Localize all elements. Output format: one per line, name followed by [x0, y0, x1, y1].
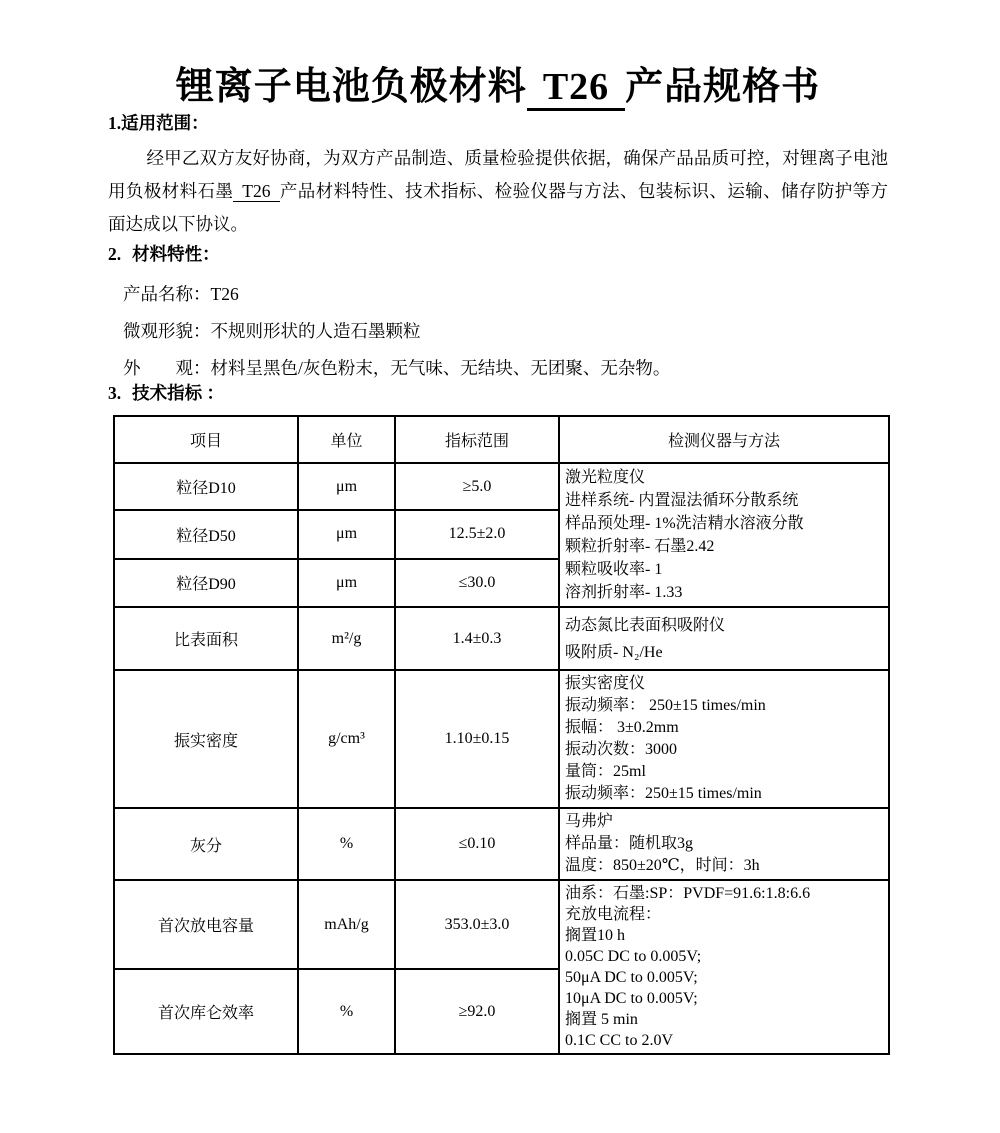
range-cell: ≥5.0: [395, 463, 559, 510]
range-cell: ≤30.0: [395, 559, 559, 607]
unit-cell: μm: [298, 463, 395, 510]
method-cell-tap-density: 振实密度仪 振动频率： 250±15 times/min 振幅： 3±0.2mm…: [559, 670, 889, 808]
item-cell: 粒径D50: [114, 510, 298, 558]
unit-cell: %: [298, 808, 395, 880]
section-3-heading: 3.技术指标 ：: [108, 380, 888, 405]
table-row-ash: 灰分 % ≤0.10 马弗炉 样品量：随机取3g 温度：850±20℃，时间：3…: [114, 808, 889, 880]
header-range: 指标范围: [395, 416, 559, 463]
table-row-discharge-capacity: 首次放电容量 mAh/g 353.0±3.0 油系：石墨:SP：PVDF=91.…: [114, 880, 889, 969]
range-cell: 1.4±0.3: [395, 607, 559, 670]
material-product-name: 产品名称：T26: [123, 283, 888, 306]
unit-cell: μm: [298, 510, 395, 558]
document-page: 锂离子电池负极材料T26产品规格书 1.适用范围： 经甲乙双方友好协商，为双方产…: [0, 0, 1000, 1133]
section-3-title: 技术指标 ：: [132, 380, 224, 405]
range-cell: 12.5±2.0: [395, 510, 559, 558]
material-appearance: 外 观：材料呈黑色/灰色粉末，无气味、无结块、无团聚、无杂物。: [123, 357, 888, 380]
table-row-d10: 粒径D10 μm ≥5.0 激光粒度仪 进样系统- 内置湿法循环分散系统 样品预…: [114, 463, 889, 510]
unit-cell: mAh/g: [298, 880, 395, 969]
item-cell: 振实密度: [114, 670, 298, 808]
section-2-heading: 2.材料特性：: [108, 241, 888, 266]
scope-product-code-underlined: T26: [233, 181, 279, 202]
item-cell: 比表面积: [114, 607, 298, 670]
range-cell: 353.0±3.0: [395, 880, 559, 969]
range-cell: 1.10±0.15: [395, 670, 559, 808]
table-row-tap-density: 振实密度 g/cm³ 1.10±0.15 振实密度仪 振动频率： 250±15 …: [114, 670, 889, 808]
item-cell: 粒径D90: [114, 559, 298, 607]
section-2-title: 材料特性：: [132, 241, 220, 266]
unit-cell: g/cm³: [298, 670, 395, 808]
spec-table: 项目 单位 指标范围 检测仪器与方法 粒径D10 μm ≥5.0 激光粒度仪 进…: [113, 415, 890, 1055]
item-cell: 首次放电容量: [114, 880, 298, 969]
table-row-bet: 比表面积 m²/g 1.4±0.3 动态氮比表面积吸附仪 吸附质- N₂/He: [114, 607, 889, 670]
header-method: 检测仪器与方法: [559, 416, 889, 463]
range-cell: ≤0.10: [395, 808, 559, 880]
title-suffix: 产品规格书: [625, 66, 820, 108]
unit-cell: μm: [298, 559, 395, 607]
unit-cell: m²/g: [298, 607, 395, 670]
method-cell-ash: 马弗炉 样品量：随机取3g 温度：850±20℃，时间：3h: [559, 808, 889, 880]
method-cell-electrochemical: 油系：石墨:SP：PVDF=91.6:1.8:6.6 充放电流程： 搁置10 h…: [559, 880, 889, 1054]
section-2-number: 2.: [108, 244, 121, 265]
header-unit: 单位: [298, 416, 395, 463]
unit-cell: %: [298, 969, 395, 1054]
title-product-code-underlined: T26: [527, 66, 625, 111]
item-cell: 灰分: [114, 808, 298, 880]
table-header-row: 项目 单位 指标范围 检测仪器与方法: [114, 416, 889, 463]
item-cell: 首次库仑效率: [114, 969, 298, 1054]
title-prefix: 锂离子电池负极材料: [176, 66, 527, 108]
document-title: 锂离子电池负极材料T26产品规格书: [108, 55, 888, 110]
section-1-heading: 1.适用范围：: [108, 110, 888, 135]
section-3-number: 3.: [108, 383, 121, 404]
range-cell: ≥92.0: [395, 969, 559, 1054]
scope-paragraph: 经甲乙双方友好协商，为双方产品制造、质量检验提供依据，确保产品品质可控，对锂离子…: [108, 142, 888, 241]
item-cell: 粒径D10: [114, 463, 298, 510]
method-cell-particle-size: 激光粒度仪 进样系统- 内置湿法循环分散系统 样品预处理- 1%洗洁精水溶液分散…: [559, 463, 889, 607]
method-cell-bet: 动态氮比表面积吸附仪 吸附质- N₂/He: [559, 607, 889, 670]
header-item: 项目: [114, 416, 298, 463]
material-morphology: 微观形貌：不规则形状的人造石墨颗粒: [123, 320, 888, 343]
